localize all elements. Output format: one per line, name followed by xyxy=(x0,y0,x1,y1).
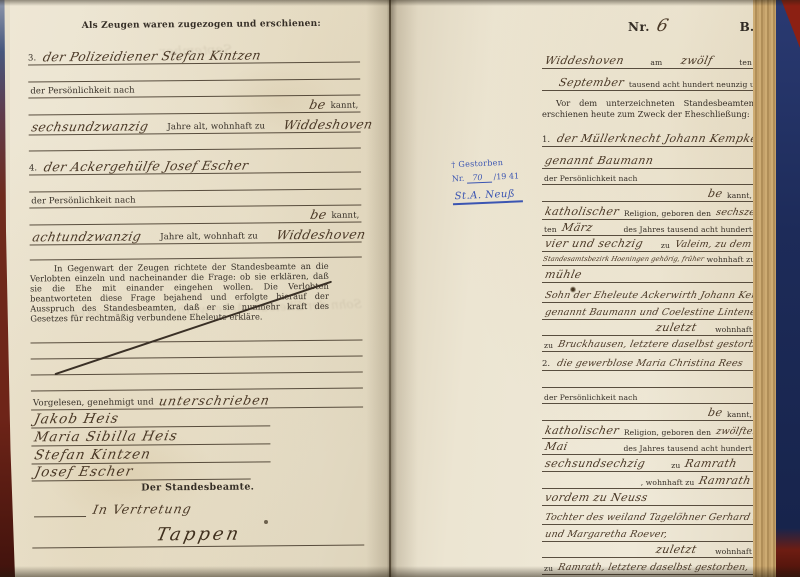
printed-text: wohnhaft zu xyxy=(705,255,758,265)
left-page: September Sohn der Eheleute Ackerwirth J… xyxy=(10,0,392,577)
left-page-content: Als Zeugen waren zugezogen und erschiene… xyxy=(28,19,365,549)
form-line: bekannt, xyxy=(542,185,754,202)
form-line: tenMärzdes Jahres tausend acht hundert xyxy=(542,220,754,236)
page-edges xyxy=(753,0,777,577)
printed-text: kannt, xyxy=(725,191,754,201)
handwritten-text: genannt Baumann und Coelestine Lintener xyxy=(541,308,765,319)
handwritten-text: zuletzt xyxy=(651,544,700,557)
witness-entries: 3.der Polizeidiener Stefan Kintzender Pe… xyxy=(28,35,362,261)
entry-header: Nr. 6 B. xyxy=(542,16,754,42)
form-line: zuBruckhausen, letztere daselbst gestorb… xyxy=(542,336,754,352)
handwritten-text: vordem zu Neuss xyxy=(541,492,652,505)
handwritten-text: Bruckhausen, letztere daselbst gestorben… xyxy=(554,340,774,351)
stamp-status-text: Gestorben xyxy=(458,158,503,169)
printed-text: , wohnhaft zu xyxy=(639,478,697,488)
handwritten-text: Tochter des weiland Tagelöhner Gerhard R… xyxy=(541,513,782,524)
printed-text: der Persönlichkeit nach xyxy=(28,86,136,98)
form-line: der Persönlichkeit nach xyxy=(542,388,754,404)
printed-text: der Persönlichkeit nach xyxy=(542,393,640,403)
form-line: , wohnhaft zuRamrath xyxy=(542,472,754,489)
handwritten-text: der Polizeidiener Stefan Kintzen xyxy=(39,48,266,64)
handwritten-text: katholischer xyxy=(541,425,624,438)
form-line: 3.der Polizeidiener Stefan Kintzen xyxy=(28,35,360,66)
printed-text: Vorgelesen, genehmigt und xyxy=(31,397,156,409)
handwritten-text: Widdeshoven xyxy=(541,55,628,68)
handwritten-text: Tappen xyxy=(151,525,246,546)
handwritten-text: zuletzt xyxy=(651,322,700,335)
form-line: vier und sechzigzuValeim, zu dem xyxy=(542,236,754,252)
form-line xyxy=(30,243,362,261)
handwritten-text: März xyxy=(557,222,596,235)
printed-text: Religion, geboren den xyxy=(622,428,713,438)
handwritten-text: be xyxy=(305,98,330,112)
handwritten-text: Stefan Kintzen xyxy=(30,447,156,463)
form-line: zuletztwohnhaft xyxy=(542,320,754,336)
handwritten-text: der Ackergehülfe Josef Escher xyxy=(40,158,253,174)
stamp-number-row: Nr. 70 /19 41 xyxy=(452,170,558,185)
form-line: mühle xyxy=(542,266,754,283)
book-cover-right xyxy=(776,0,800,577)
item-number: 2. xyxy=(542,359,550,370)
handwritten-text: be xyxy=(703,188,726,201)
signature-block: Vorgelesen, genehmigt undunterschriebenJ… xyxy=(30,324,363,481)
form-line: Tappen xyxy=(32,514,364,548)
handwritten-text: unterschrieben xyxy=(154,393,274,408)
form-line: 1.der Müllerknecht Johann Kempken xyxy=(542,125,754,147)
form-line: sechsundsechzigzuRamrath xyxy=(542,455,754,472)
handwritten-text: die gewerblose Maria Christina Rees xyxy=(553,359,747,370)
form-line: zuletztwohnhaft xyxy=(542,542,754,558)
stamp-nr-label: Nr. xyxy=(452,174,465,184)
form-letter: B. xyxy=(740,20,754,34)
handwritten-text: der Müllerknecht Johann Kempken xyxy=(553,133,769,146)
handwritten-text: und Margaretha Roever, xyxy=(541,530,672,541)
form-line: und Margaretha Roever, xyxy=(542,525,754,542)
item-number: 4. xyxy=(29,163,37,174)
handwritten-text: Widdeshoven xyxy=(280,117,378,132)
printed-text: zu xyxy=(659,241,672,251)
form-line: Standesamtsbezirk Hoeningen gehörig, frü… xyxy=(542,252,754,266)
handwritten-text: be xyxy=(306,208,331,222)
form-line: 2.die gewerblose Maria Christina Rees xyxy=(542,352,754,371)
top-shadow xyxy=(0,0,800,6)
handwritten-text: zwölf xyxy=(677,55,717,68)
form-line: Jakob Heis xyxy=(31,408,270,428)
handwritten-text: Valeim, zu dem xyxy=(671,240,755,251)
form-line: Maides Jahres tausend acht hundert xyxy=(542,439,754,455)
form-line: katholischerReligion, geboren densechsze… xyxy=(542,202,754,220)
handwritten-text: katholischer xyxy=(541,206,624,219)
form-line: Josef Escher xyxy=(32,462,251,481)
printed-text: am xyxy=(648,58,664,68)
printed-text: der Persönlichkeit nach xyxy=(29,196,137,208)
handwritten-text: vier und sechzig xyxy=(541,238,648,251)
ink-spot xyxy=(570,286,576,293)
register-book: September Sohn der Eheleute Ackerwirth J… xyxy=(0,0,800,577)
printed-text: Jahre alt, wohnhaft zu xyxy=(165,121,267,133)
handwritten-text: Ramrath xyxy=(681,458,741,471)
handwritten-text: be xyxy=(703,407,726,420)
printed-text: Jahre alt, wohnhaft zu xyxy=(158,231,260,243)
form-line: genannt Baumann und Coelestine Lintener xyxy=(542,303,754,320)
printed-text: des Jahres tausend acht hundert xyxy=(621,225,754,235)
cross-icon: † xyxy=(451,160,456,169)
printed-text: des Jahres tausend acht hundert xyxy=(621,444,754,454)
binding-crease xyxy=(389,0,391,577)
handwritten-text: achtundzwanzig xyxy=(28,229,145,244)
handwritten-text: In Vertretung xyxy=(89,502,197,517)
rule-gap xyxy=(32,546,153,547)
handwritten-text: Jakob Heis xyxy=(30,411,124,427)
handwritten-text: Mai xyxy=(541,441,572,454)
handwritten-text: Josef Escher xyxy=(30,464,138,480)
printed-text: ten xyxy=(542,225,559,235)
parties-block: 1.der Müllerknecht Johann Kempkengenannt… xyxy=(542,125,754,575)
printed-text: ten xyxy=(737,58,754,68)
handwritten-text: sechsundzwanzig xyxy=(27,119,153,134)
handwritten-text: Sohn der Eheleute Ackerwirth Johann Kemp… xyxy=(541,291,789,302)
handwritten-text: Standesamtsbezirk Hoeningen gehörig, frü… xyxy=(541,256,705,264)
intro-paragraph: Vor dem unterzeichneten Standesbeamten e… xyxy=(542,98,754,120)
form-line: vordem zu Neuss xyxy=(542,489,754,506)
form-line: Maria Sibilla Heis xyxy=(31,426,270,446)
entry-number: 6 xyxy=(654,16,670,36)
form-line: Widdeshovenamzwölften xyxy=(542,42,754,69)
ink-dot xyxy=(264,520,268,524)
item-number: 3. xyxy=(28,53,36,64)
stamp-status-row: † Gestorben xyxy=(451,156,557,170)
form-line: Septembertausend acht hundert neunzig un… xyxy=(542,69,754,91)
handwritten-text: Maria Sibilla Heis xyxy=(30,429,182,446)
right-page: Nr. 6 B. WiddeshovenamzwölftenSeptembert… xyxy=(392,0,754,577)
form-line: Tochter des weiland Tagelöhner Gerhard R… xyxy=(542,506,754,525)
place-date-block: WiddeshovenamzwölftenSeptembertausend ac… xyxy=(542,42,754,91)
right-page-content: Nr. 6 B. WiddeshovenamzwölftenSeptembert… xyxy=(542,16,754,575)
form-line: bekannt, xyxy=(542,404,754,421)
handwritten-text: Widdeshoven xyxy=(272,227,370,242)
stamp-year: /19 41 xyxy=(493,171,519,181)
declaration-paragraph: In Gegenwart der Zeugen richtete der Sta… xyxy=(30,262,329,324)
form-line: katholischerReligion, geboren denzwölfte… xyxy=(542,421,754,439)
handwritten-text: Ramrath xyxy=(695,475,755,488)
form-line: genannt Baumann xyxy=(542,147,754,169)
form-line xyxy=(542,371,754,388)
entry-number-label: Nr. xyxy=(628,20,650,34)
handwritten-text: September xyxy=(555,77,629,90)
rule-gap xyxy=(273,406,363,407)
stamp-office: St.A. Neuß xyxy=(452,188,523,205)
registrar-signature-block: In VertretungTappen xyxy=(32,495,364,548)
death-reference-stamp: † Gestorben Nr. 70 /19 41 St.A. Neuß xyxy=(451,156,559,206)
handwritten-text: genannt Baumann xyxy=(541,155,658,168)
form-line: 4.der Ackergehülfe Josef Escher xyxy=(29,149,361,176)
register-book-scan: { "colors": { "page": "#ece5d2", "rule_i… xyxy=(0,0,800,577)
handwritten-text: mühle xyxy=(541,269,586,282)
form-line: der Persönlichkeit nach xyxy=(542,169,754,185)
printed-text: wohnhaft xyxy=(713,325,754,335)
printed-text: kannt, xyxy=(329,101,361,112)
printed-text: kannt, xyxy=(725,410,754,420)
bottom-shadow xyxy=(0,566,800,577)
printed-text: Religion, geboren den xyxy=(622,209,713,219)
stamp-nr-value: 70 xyxy=(466,173,492,184)
item-number: 1. xyxy=(542,135,550,146)
handwritten-text: sechsundsechzig xyxy=(541,458,650,471)
printed-text: kannt, xyxy=(329,211,361,222)
rule-gap xyxy=(244,544,365,545)
form-line: Vorgelesen, genehmigt undunterschrieben xyxy=(31,388,363,410)
printed-text: wohnhaft xyxy=(713,547,754,557)
form-line: Stefan Kintzen xyxy=(31,444,270,464)
